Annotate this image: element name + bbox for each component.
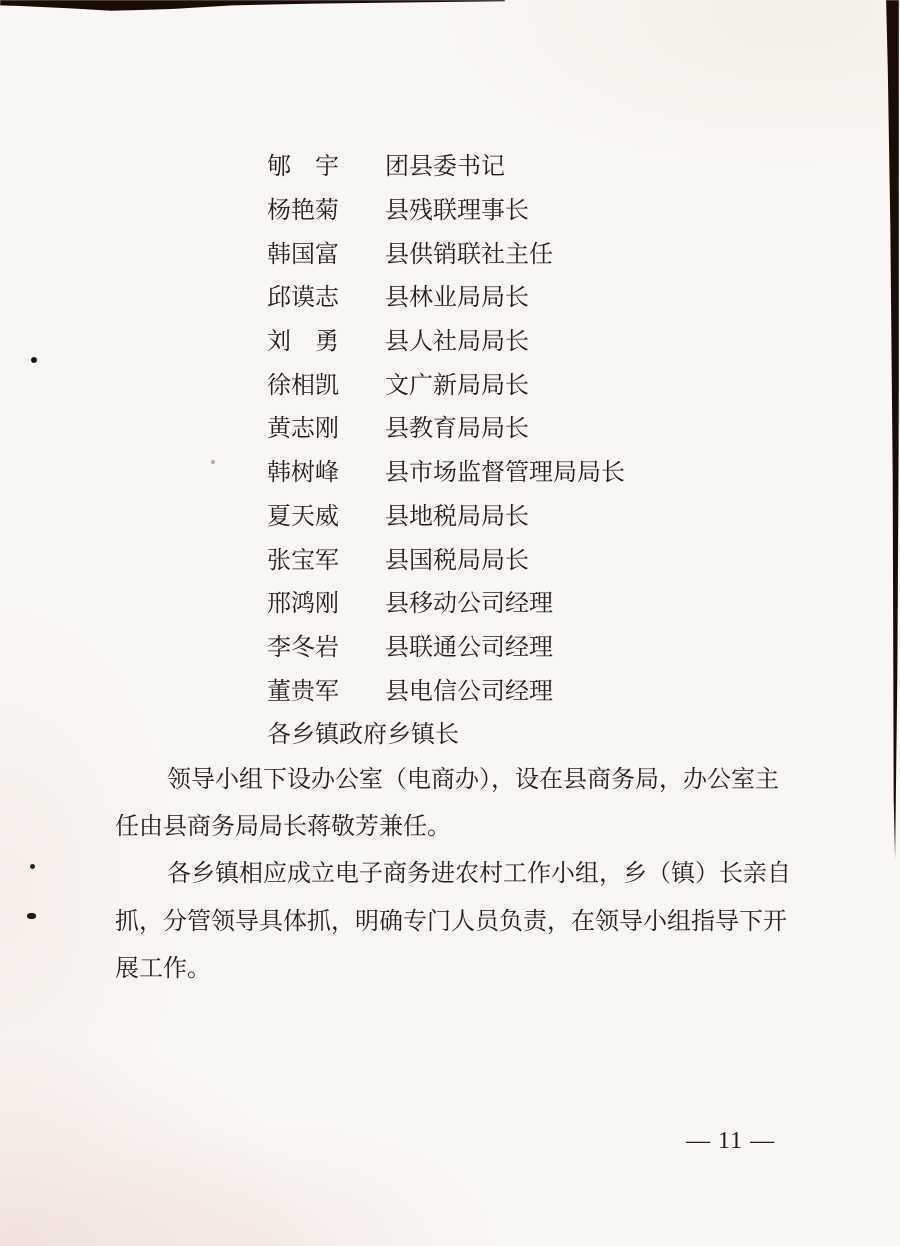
paragraph-line: 抓，分管领导具体抓，明确专门人员负责，在领导小组指导下开	[115, 895, 805, 942]
person-title: 县地税局局长	[385, 496, 529, 531]
dust-speck	[31, 357, 37, 363]
roster-row: 韩树峰县市场监督管理局局长	[267, 448, 827, 492]
roster-row: 韩国富县供销联社主任	[267, 229, 827, 273]
person-name: 韩树峰	[267, 452, 385, 487]
person-title: 县国税局局长	[385, 540, 529, 575]
person-name: 李冬岩	[267, 627, 385, 662]
person-name: 韩国富	[267, 234, 385, 269]
person-title: 团县委书记	[385, 146, 505, 181]
paragraph-line: 任由县商务局局长蒋敬芳兼任。	[115, 800, 805, 847]
roster-row: 邢鸿刚县移动公司经理	[267, 579, 827, 623]
person-name: 董贵军	[267, 671, 385, 706]
page-number: — 11 —	[686, 1128, 775, 1155]
dust-speck	[27, 913, 36, 919]
roster-row: 刘 勇县人社局局长	[267, 317, 827, 361]
person-title: 县林业局局长	[385, 277, 529, 312]
person-name: 邱谟志	[267, 277, 385, 312]
roster-row: 夏天威县地税局局长	[267, 492, 827, 536]
person-title: 县供销联社主任	[385, 234, 553, 269]
scanned-document-page: 郇 宇团县委书记杨艳菊县残联理事长韩国富县供销联社主任邱谟志县林业局局长刘 勇县…	[0, 0, 900, 1246]
person-name: 夏天威	[267, 496, 385, 531]
person-title: 县人社局局长	[385, 321, 529, 356]
person-name: 邢鸿刚	[267, 583, 385, 618]
scan-artifact-top-edge	[0, 0, 505, 12]
person-name: 杨艳菊	[267, 190, 385, 225]
person-title: 县教育局局长	[385, 408, 529, 443]
person-name: 黄志刚	[267, 408, 385, 443]
roster-row: 徐相凯文广新局局长	[267, 360, 827, 404]
roster-row: 邱谟志县林业局局长	[267, 273, 827, 317]
dust-speck	[30, 864, 35, 869]
roster-row: 杨艳菊县残联理事长	[267, 186, 827, 230]
roster-row: 李冬岩县联通公司经理	[267, 623, 827, 667]
paragraph-line: 各乡镇相应成立电子商务进农村工作小组，乡（镇）长亲自	[115, 847, 805, 894]
person-name: 徐相凯	[267, 365, 385, 400]
roster-row: 董贵军县电信公司经理	[267, 666, 827, 710]
roster-footer: 各乡镇政府乡镇长	[267, 710, 459, 754]
person-title: 县市场监督管理局局长	[385, 452, 625, 487]
person-title: 县残联理事长	[385, 190, 529, 225]
dust-speck	[211, 460, 215, 464]
person-name: 郇 宇	[267, 146, 385, 181]
person-title: 文广新局局长	[385, 365, 529, 400]
roster-row: 郇 宇团县委书记	[267, 142, 827, 186]
paragraph-line: 领导小组下设办公室（电商办），设在县商务局，办公室主	[115, 753, 805, 800]
person-name: 张宝军	[267, 540, 385, 575]
roster-row: 张宝军县国税局局长	[267, 535, 827, 579]
scan-artifact-right-edge	[885, 0, 899, 868]
body-paragraphs: 领导小组下设办公室（电商办），设在县商务局，办公室主任由县商务局局长蒋敬芳兼任。…	[115, 753, 805, 989]
roster-row: 黄志刚县教育局局长	[267, 404, 827, 448]
person-title: 县联通公司经理	[385, 627, 553, 662]
person-title: 县电信公司经理	[385, 671, 553, 706]
paragraph-line: 展工作。	[115, 942, 805, 989]
person-title: 县移动公司经理	[385, 583, 553, 618]
person-name: 刘 勇	[267, 321, 385, 356]
roster-list: 郇 宇团县委书记杨艳菊县残联理事长韩国富县供销联社主任邱谟志县林业局局长刘 勇县…	[267, 142, 827, 710]
